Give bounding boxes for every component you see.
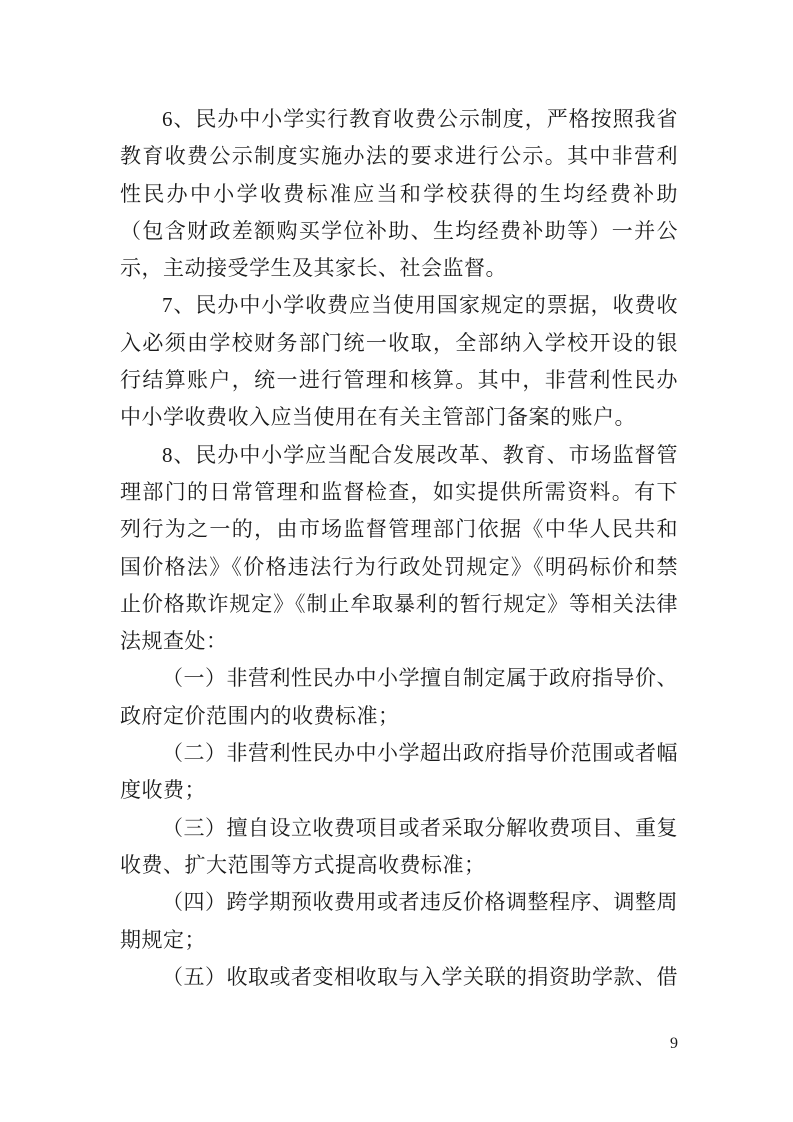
document-page: 6、民办中小学实行教育收费公示制度，严格按照我省教育收费公示制度实施办法的要求进… [0,0,793,1122]
paragraph-6: 6、民办中小学实行教育收费公示制度，严格按照我省教育收费公示制度实施办法的要求进… [120,101,678,287]
list-item-1: （一）非营利性民办中小学擅自制定属于政府指导价、政府定价范围内的收费标准； [120,660,678,735]
list-item-4: （四）跨学期预收费用或者违反价格调整程序、调整周期规定； [120,884,678,959]
paragraph-7: 7、民办中小学收费应当使用国家规定的票据，收费收入必须由学校财务部门统一收取，全… [120,287,678,436]
page-number: 9 [662,1034,686,1054]
list-item-3: （三）擅自设立收费项目或者采取分解收费项目、重复收费、扩大范围等方式提高收费标准… [120,810,678,885]
list-item-5: （五）收取或者变相收取与入学关联的捐资助学款、借 [120,959,678,996]
document-body: 6、民办中小学实行教育收费公示制度，严格按照我省教育收费公示制度实施办法的要求进… [120,101,678,996]
list-item-2: （二）非营利性民办中小学超出政府指导价范围或者幅度收费； [120,735,678,810]
paragraph-8: 8、民办中小学应当配合发展改革、教育、市场监督管理部门的日常管理和监督检查，如实… [120,437,678,661]
